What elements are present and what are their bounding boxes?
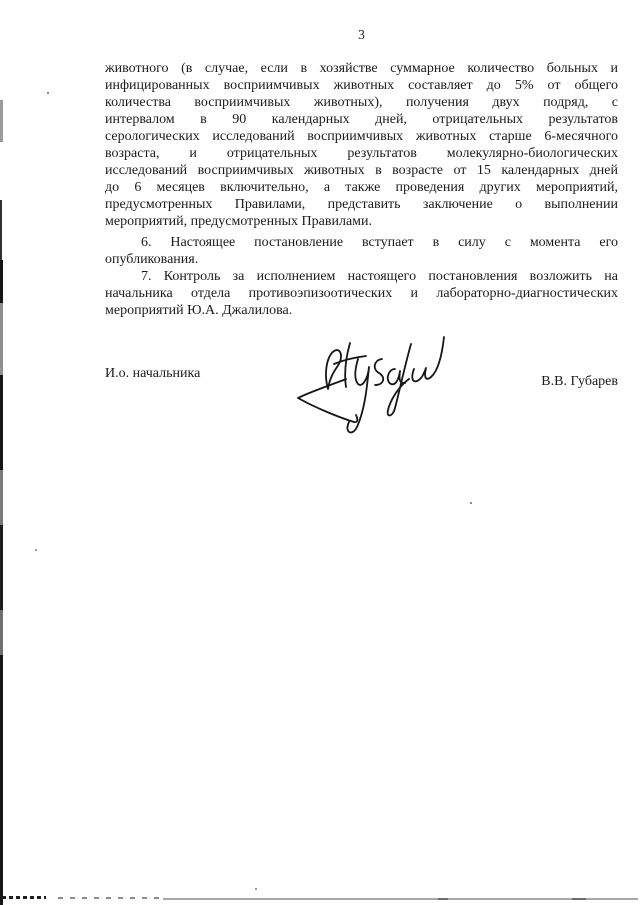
- text-line: интервалом в 90 календарных дней, отрица…: [105, 111, 618, 128]
- scan-artifact-left-bar: [0, 375, 3, 470]
- scan-artifact-bottom-line: [438, 898, 448, 900]
- text-line: инфицированных восприимчивых животных со…: [105, 77, 618, 94]
- scan-speck: [255, 888, 257, 890]
- signer-name: В.В. Губарев: [541, 366, 618, 390]
- text-line: серологических исследований восприимчивы…: [105, 128, 618, 145]
- page-number: 3: [105, 27, 618, 43]
- scan-artifact-bottom-line: [572, 898, 586, 900]
- text-line: количества восприимчивых животных), полу…: [105, 94, 618, 111]
- scan-speck: [47, 92, 49, 94]
- scan-artifact-left-bar: [0, 610, 3, 655]
- text-line: 6. Настоящее постановление вступает в си…: [105, 234, 618, 251]
- signer-title: И.о. начальника: [105, 366, 200, 382]
- text-line: предусмотренных Правилами, представить з…: [105, 196, 618, 213]
- text-line: опубликования.: [105, 251, 618, 268]
- scan-speck: [470, 502, 472, 504]
- scan-artifact-left-bar: [0, 470, 3, 525]
- scan-artifact-left-bar: [0, 260, 3, 303]
- paragraph-7: 7. Контроль за исполнением настоящего по…: [105, 268, 618, 319]
- scan-artifact-bottom-line: [58, 897, 163, 899]
- scan-artifact-left-bar: [0, 303, 3, 375]
- handwritten-signature-icon: [290, 329, 448, 439]
- paragraph-6: 6. Настоящее постановление вступает в си…: [105, 234, 618, 268]
- document-body: животного (в случае, если в хозяйстве су…: [105, 60, 618, 319]
- text-line: исследований восприимчивых животных в во…: [105, 162, 618, 179]
- text-line: до 6 месяцев включительно, а также прове…: [105, 179, 618, 196]
- scan-artifact-bottom-line: [163, 898, 638, 900]
- text-line: животного (в случае, если в хозяйстве су…: [105, 60, 618, 77]
- paragraph-continuation: животного (в случае, если в хозяйстве су…: [105, 60, 618, 230]
- scan-artifact-left-bar: [0, 100, 3, 142]
- scan-artifact-bottom-line: [2, 896, 46, 899]
- scan-artifact-left-bar: [0, 200, 2, 260]
- text-line: мероприятий Ю.А. Джалилова.: [105, 302, 618, 319]
- scan-artifact-left-bar: [0, 525, 3, 610]
- scan-artifact-left-bar: [0, 655, 3, 905]
- text-line: мероприятий, предусмотренных Правилами.: [105, 213, 618, 230]
- text-line: 7. Контроль за исполнением настоящего по…: [105, 268, 618, 285]
- scanned-document-page: 3 животного (в случае, если в хозяйстве …: [0, 0, 640, 905]
- scan-speck: [35, 549, 37, 551]
- text-line: начальника отдела противоэпизоотических …: [105, 285, 618, 302]
- text-line: возраста, и отрицательных результатов мо…: [105, 145, 618, 162]
